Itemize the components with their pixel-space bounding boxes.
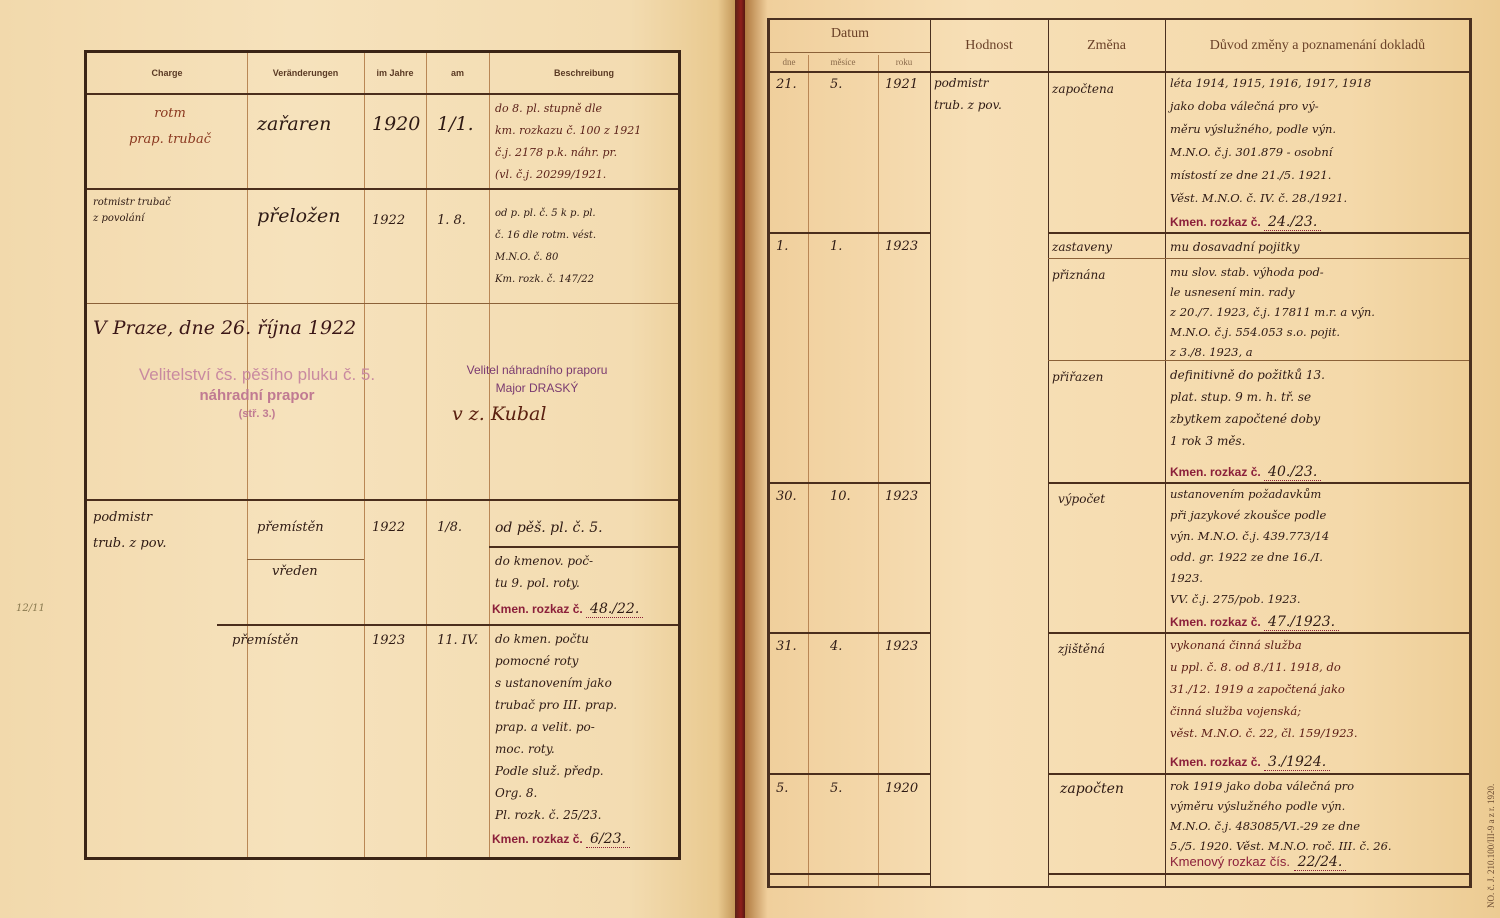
left-page: Charge Veränderungen im Jahre am Beschre… (0, 0, 740, 918)
row2-description: od p. pl. č. 5 k p. pl. č. 16 dle rotm. … (495, 203, 596, 291)
r1-month: 5. (830, 72, 842, 98)
row2-year: 1922 (372, 208, 405, 234)
order-label: Kmen. rozkaz č. (492, 602, 583, 616)
r1-reason: léta 1914, 1915, 1916, 1917, 1918 jako d… (1170, 72, 1371, 210)
r4-order: Kmen. rozkaz č. 40./23. (1170, 464, 1321, 480)
printer-imprint: NO. č. J. 210.100/III-9 a z r. 1920. (1486, 784, 1496, 908)
order-label: Kmen. rozkaz č. (1170, 755, 1261, 769)
right-page: Datum dne měsíce roku Hodnost Změna Důvo… (745, 0, 1500, 918)
r2-day: 1. (776, 234, 788, 260)
row3-change: přemístěn (257, 515, 324, 541)
r3-reason: mu slov. stab. výhoda pod- le usnesení m… (1170, 262, 1375, 362)
r5-day: 30. (776, 484, 797, 510)
r7-year: 1920 (885, 776, 918, 802)
r7-order: Kmenový rozkaz čís. 22/24. (1170, 854, 1346, 870)
row1-charge: rotm prap. trubač (95, 101, 245, 153)
row3-date: 1/8. (437, 515, 462, 541)
row5-year: 1923 (372, 628, 405, 654)
unit-stamp-line2: náhradní prapor (97, 387, 417, 404)
commander-stamp-line1: Velitel náhradního praporu (432, 363, 642, 377)
r1-day: 21. (776, 72, 797, 98)
row3-description: od pěš. pl. č. 5. (495, 515, 603, 541)
r6-year: 1923 (885, 634, 918, 660)
r5-reason: ustanovením požadavkům při jazykové zkou… (1170, 484, 1329, 610)
r5-order: Kmen. rozkaz č. 47./1923. (1170, 614, 1339, 630)
signature-place-date: V Praze, dne 26. října 1922 (93, 315, 356, 341)
order-label: Kmen. rozkaz č. (1170, 215, 1261, 229)
unit-stamp-line1: Velitelství čs. pěšího pluku č. 5. (97, 365, 417, 385)
header-changes: Veränderungen (247, 68, 364, 78)
row2-change: přeložen (257, 203, 341, 229)
row4-order: Kmen. rozkaz č. 48./22. (492, 601, 643, 617)
r4-change: přiřazen (1052, 364, 1103, 390)
header-charge: Charge (87, 68, 247, 78)
row5-description: do kmen. počtu pomocné roty s ustanovení… (495, 628, 617, 826)
row3-charge: podmistr trub. z pov. (93, 505, 166, 557)
right-table: Datum dne měsíce roku Hodnost Změna Důvo… (767, 18, 1472, 888)
r6-day: 31. (776, 634, 797, 660)
commander-stamp-line2: Major DRASKÝ (432, 381, 642, 395)
row5-date: 11. IV. (437, 628, 478, 654)
header-year: im Jahre (364, 68, 426, 78)
order-number: 3./1924. (1264, 754, 1330, 771)
row5-order: Kmen. rozkaz č. 6/23. (492, 831, 630, 847)
r6-change: zjištěná (1058, 636, 1105, 662)
r4-reason: definitivně do požitků 13. plat. stup. 9… (1170, 364, 1325, 452)
row2-charge: rotmistr trubač z povolání (93, 195, 171, 227)
header-day: dne (770, 57, 808, 67)
header-year: roku (878, 57, 930, 67)
order-label: Kmen. rozkaz č. (1170, 615, 1261, 629)
row1-description: do 8. pl. stupně dle km. rozkazu č. 100 … (495, 98, 641, 186)
row3-year: 1922 (372, 515, 405, 541)
header-reason: Důvod změny a poznamenání dokladů (1165, 38, 1470, 54)
r1-rank: podmistr trub. z pov. (934, 72, 1002, 116)
row2-date: 1. 8. (437, 208, 466, 234)
r5-change: výpočet (1058, 486, 1105, 512)
row1-date: 1/1. (437, 111, 474, 137)
order-number: 40./23. (1264, 464, 1321, 481)
order-number: 47./1923. (1264, 614, 1339, 631)
r3-change: přiznána (1052, 262, 1105, 288)
r7-month: 5. (830, 776, 842, 802)
margin-note: 12/11 (16, 603, 45, 614)
left-table: Charge Veränderungen im Jahre am Beschre… (84, 50, 681, 860)
r2-year: 1923 (885, 234, 918, 260)
order-number: 24./23. (1264, 214, 1321, 231)
order-number: 48./22. (586, 601, 643, 618)
r2-change: zastaveny (1052, 234, 1112, 260)
unit-stamp-line3: (stř. 3.) (97, 408, 417, 420)
order-label: Kmen. rozkaz č. (492, 832, 583, 846)
r7-change: započten (1060, 776, 1124, 802)
order-number: 6/23. (586, 831, 630, 848)
row4-change: vředen (272, 559, 318, 585)
r6-reason: vykonaná činná služba u ppl. č. 8. od 8.… (1170, 634, 1358, 744)
order-number: 22/24. (1294, 854, 1347, 871)
r2-month: 1. (830, 234, 842, 260)
order-label: Kmen. rozkaz č. (1170, 465, 1261, 479)
header-date: am (426, 68, 489, 78)
row4-description: do kmenov. poč- tu 9. pol. roty. (495, 550, 593, 594)
r1-order: Kmen. rozkaz č. 24./23. (1170, 214, 1321, 230)
r6-month: 4. (830, 634, 842, 660)
row1-year: 1920 (372, 111, 420, 137)
row5-change: přemístěn (232, 628, 299, 654)
row1-change: zařaren (257, 111, 331, 137)
header-datum: Datum (770, 26, 930, 42)
header-rank: Hodnost (930, 38, 1048, 54)
r6-order: Kmen. rozkaz č. 3./1924. (1170, 754, 1330, 770)
r1-year: 1921 (885, 72, 918, 98)
r1-change: započtena (1052, 76, 1114, 102)
header-month: měsíce (808, 57, 878, 67)
order-label: Kmenový rozkaz čís. (1170, 854, 1290, 869)
header-change: Změna (1048, 38, 1165, 54)
signature: v z. Kubal (452, 401, 546, 427)
r5-year: 1923 (885, 484, 918, 510)
r7-day: 5. (776, 776, 788, 802)
r2-reason: mu dosavadní pojitky (1170, 234, 1299, 260)
r7-reason: rok 1919 jako doba válečná pro výměru vý… (1170, 776, 1392, 856)
header-description: Beschreibung (489, 68, 679, 78)
r5-month: 10. (830, 484, 851, 510)
